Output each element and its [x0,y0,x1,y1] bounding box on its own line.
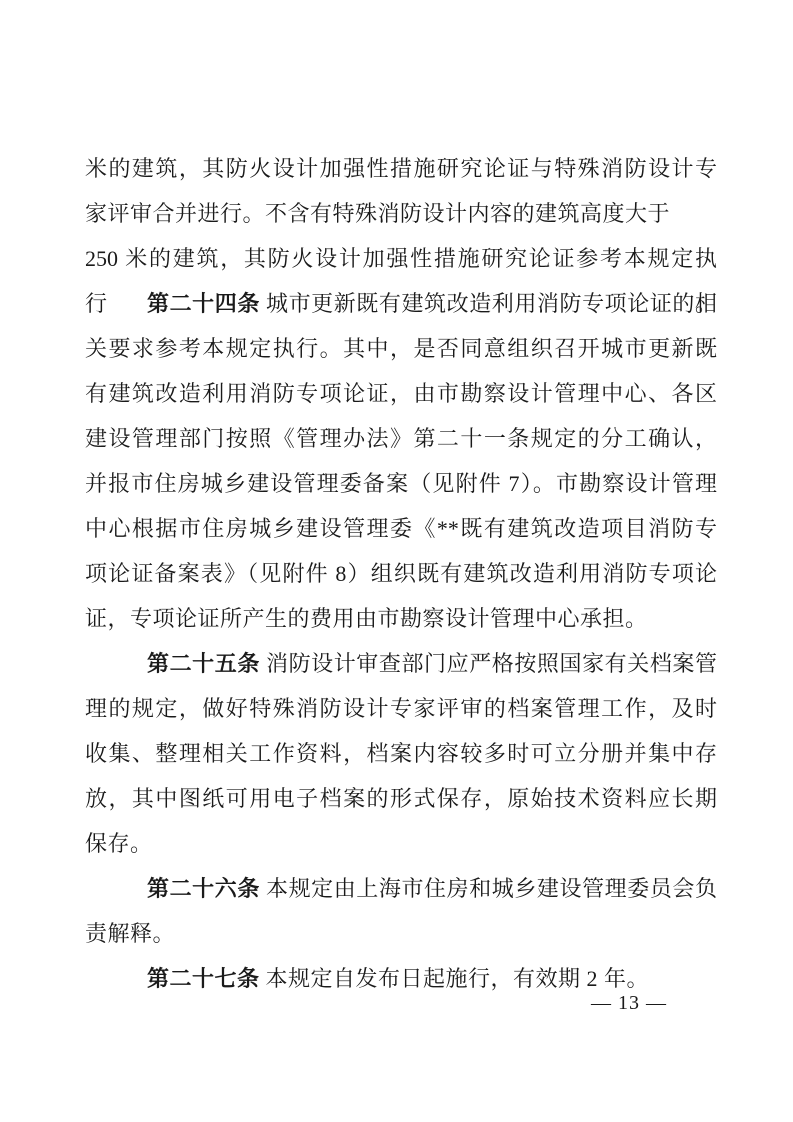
article-number: 第二十五条 [147,651,260,676]
text-line: 第二十四条 城市更新既有建筑改造利用消防专项论证的相 [85,281,717,326]
line-text: 责解释。 [85,921,175,946]
text-line: 证，专项论证所产生的费用由市勘察设计管理中心承担。 [85,596,717,641]
article-number: 第二十四条 [147,291,260,316]
line-text: 证，专项论证所产生的费用由市勘察设计管理中心承担。 [85,606,648,631]
line-text: 中心根据市住房城乡建设管理委《**既有建筑改造项目消防专 [85,516,717,541]
text-line: 建设管理部门按照《管理办法》第二十一条规定的分工确认， [85,416,717,461]
text-line: 并报市住房城乡建设管理委备案（见附件 7）。市勘察设计管理 [85,461,717,506]
line-text: 有建筑改造利用消防专项论证，由市勘察设计管理中心、各区 [85,381,717,406]
text-line: 责解释。 [85,911,717,956]
line-text: 本规定自发布日起施行，有效期 2 年。 [260,966,650,991]
line-text: 放，其中图纸可用电子档案的形式保存，原始技术资料应长期 [85,786,717,811]
text-line: 项论证备案表》（见附件 8）组织既有建筑改造利用消防专项论 [85,551,717,596]
line-text: 项论证备案表》（见附件 8）组织既有建筑改造利用消防专项论 [85,561,717,586]
line-text: 城市更新既有建筑改造利用消防专项论证的相 [260,291,717,316]
text-line: 关要求参考本规定执行。其中，是否同意组织召开城市更新既 [85,326,717,371]
text-line: 中心根据市住房城乡建设管理委《**既有建筑改造项目消防专 [85,506,717,551]
text-line: 放，其中图纸可用电子档案的形式保存，原始技术资料应长期 [85,776,717,821]
text-line: 收集、整理相关工作资料，档案内容较多时可立分册并集中存 [85,731,717,776]
line-text: 收集、整理相关工作资料，档案内容较多时可立分册并集中存 [85,741,717,766]
line-text: 消防设计审查部门应严格按照国家有关档案管 [260,651,717,676]
line-text: 家评审合并进行。不含有特殊消防设计内容的建筑高度大于 [85,201,670,226]
text-line: 理的规定，做好特殊消防设计专家评审的档案管理工作，及时 [85,686,717,731]
text-line: 有建筑改造利用消防专项论证，由市勘察设计管理中心、各区 [85,371,717,416]
line-text: 本规定由上海市住房和城乡建设管理委员会负 [260,876,717,901]
line-text: 保存。 [85,831,153,856]
article-number: 第二十六条 [147,876,260,901]
text-line: 第二十六条 本规定由上海市住房和城乡建设管理委员会负 [85,866,717,911]
page-number: — 13 — [591,990,667,1016]
document-page: 米的建筑，其防火设计加强性措施研究论证与特殊消防设计专家评审合并进行。不含有特殊… [0,0,793,1122]
text-line: 保存。 [85,821,717,866]
line-text: 关要求参考本规定执行。其中，是否同意组织召开城市更新既 [85,336,717,361]
text-line: 家评审合并进行。不含有特殊消防设计内容的建筑高度大于 [85,191,717,236]
text-line: 米的建筑，其防火设计加强性措施研究论证与特殊消防设计专 [85,146,717,191]
line-text: 建设管理部门按照《管理办法》第二十一条规定的分工确认， [85,426,717,451]
line-text: 并报市住房城乡建设管理委备案（见附件 7）。市勘察设计管理 [85,471,717,496]
text-line: 250 米的建筑，其防火设计加强性措施研究论证参考本规定执行。 [85,236,717,281]
document-body: 米的建筑，其防火设计加强性措施研究论证与特殊消防设计专家评审合并进行。不含有特殊… [85,146,717,1001]
line-text: 理的规定，做好特殊消防设计专家评审的档案管理工作，及时 [85,696,717,721]
article-number: 第二十七条 [147,966,260,991]
line-text: 米的建筑，其防火设计加强性措施研究论证与特殊消防设计专 [85,156,717,181]
text-line: 第二十五条 消防设计审查部门应严格按照国家有关档案管 [85,641,717,686]
